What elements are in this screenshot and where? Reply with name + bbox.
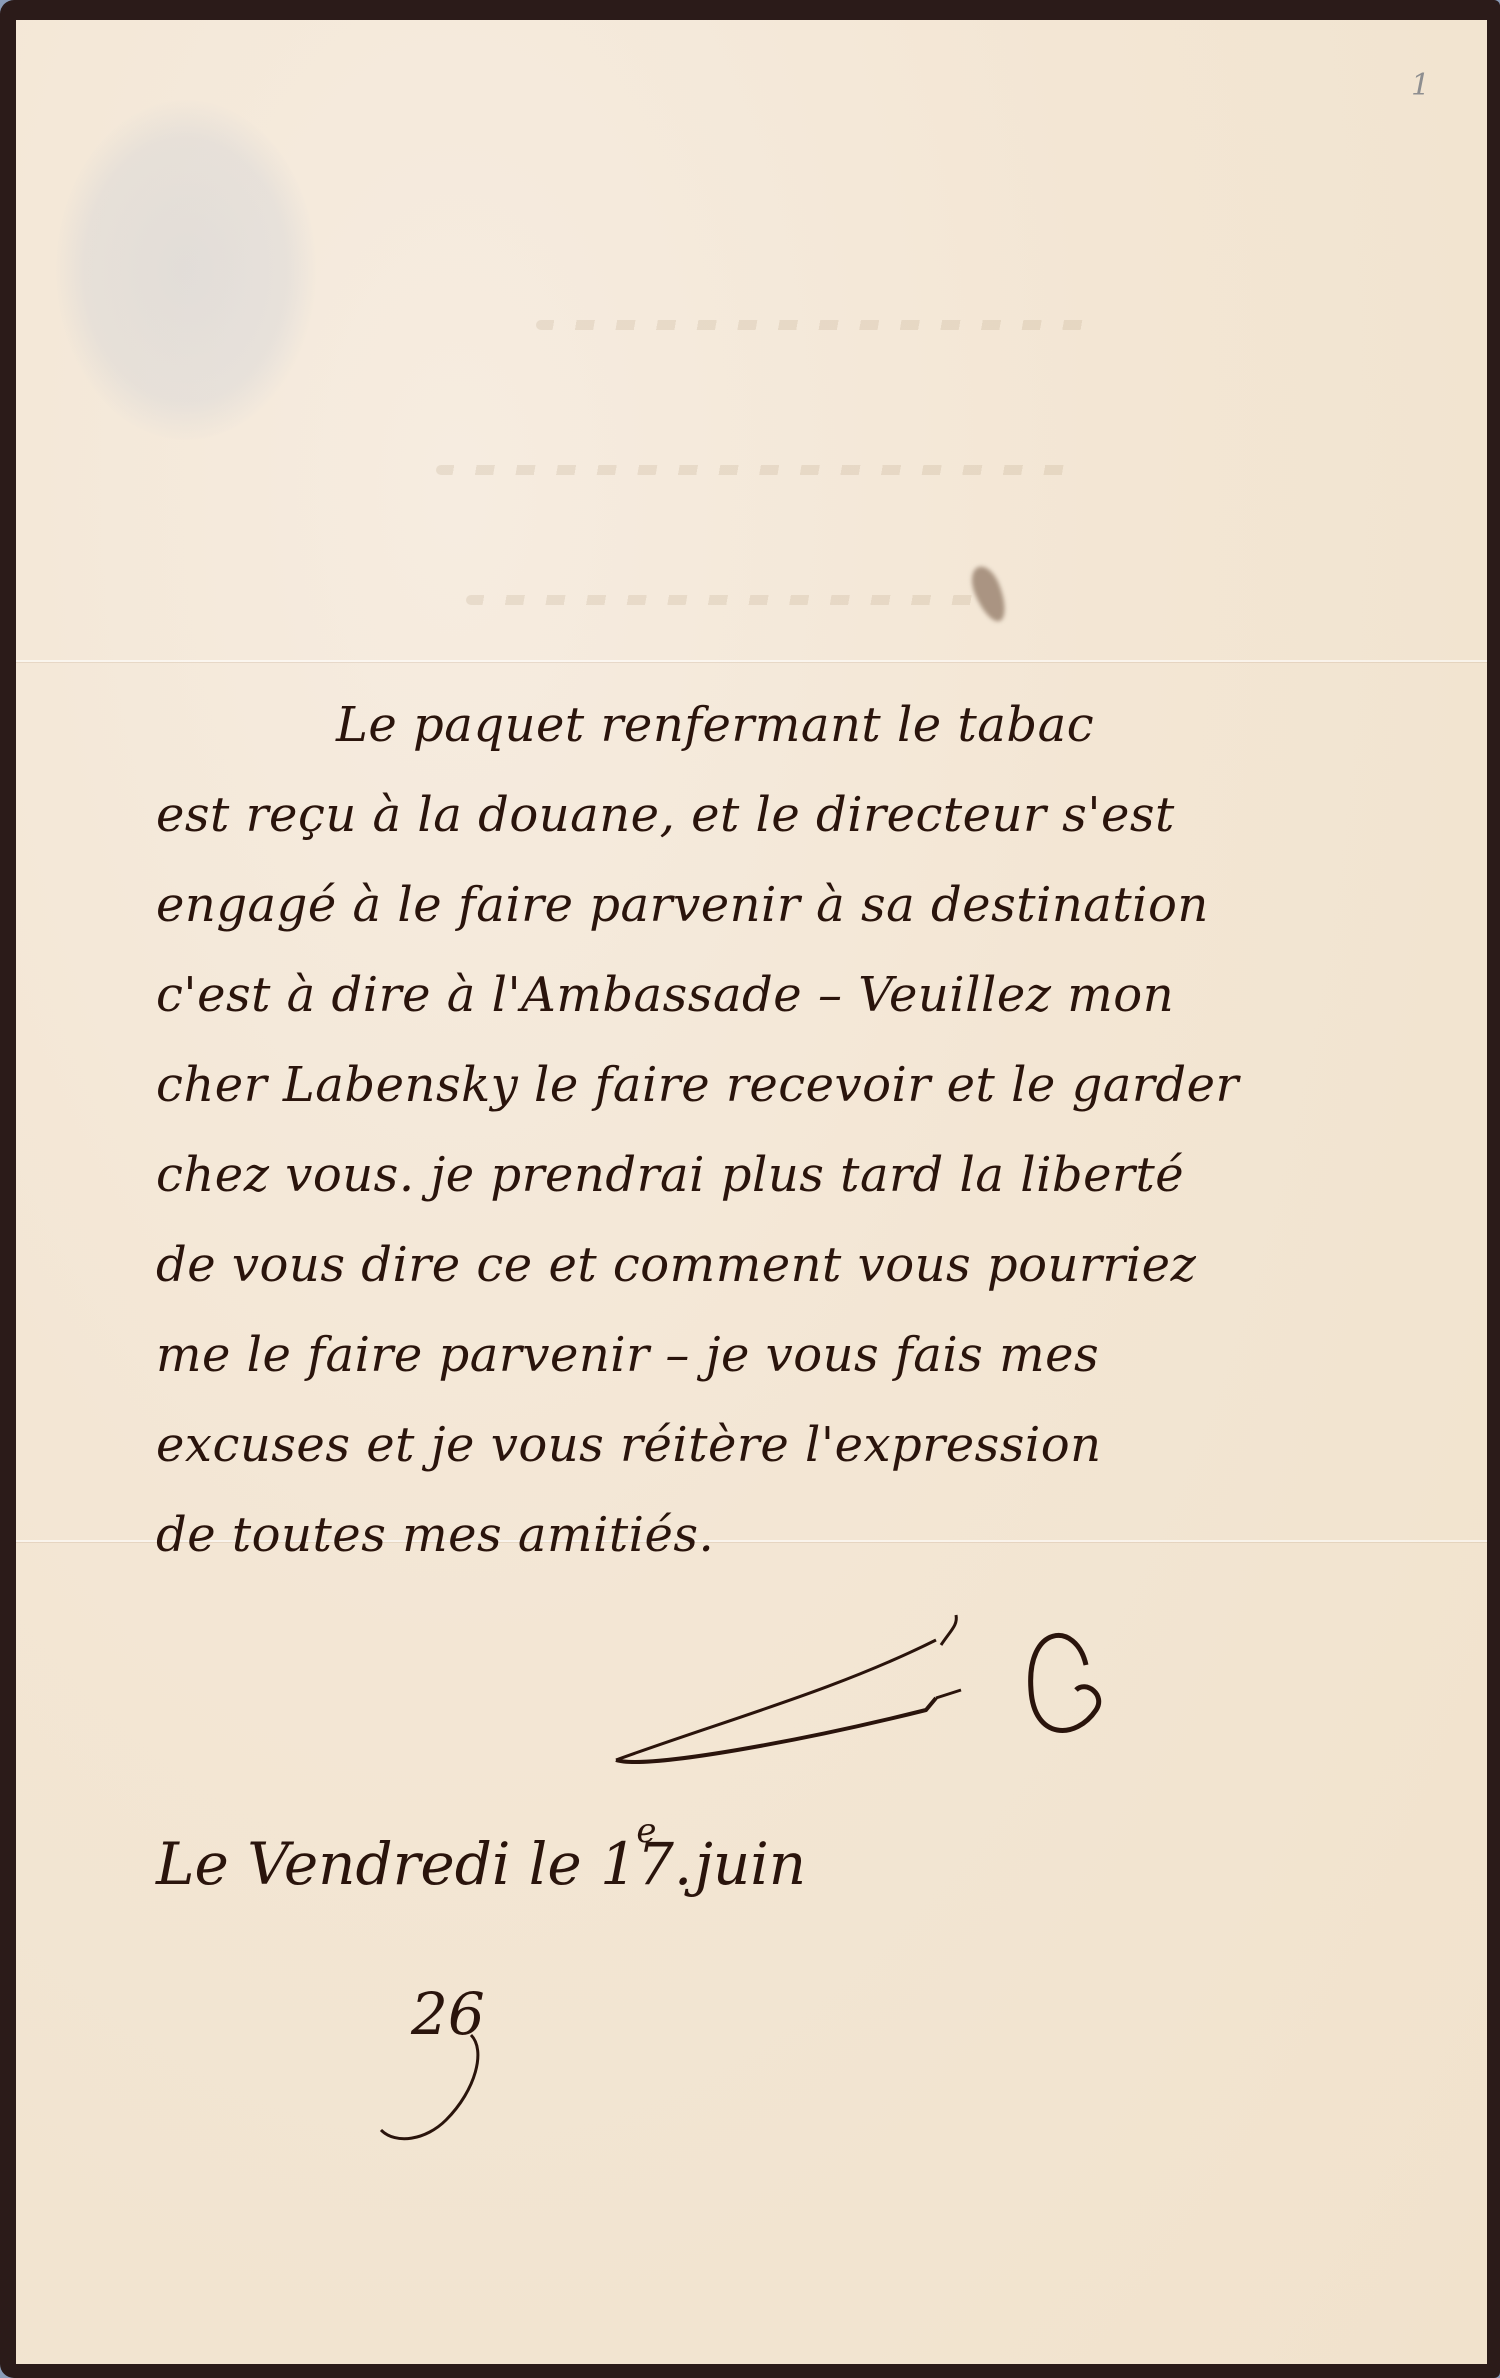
fold-line xyxy=(16,660,1487,662)
faded-stamp-impression xyxy=(56,100,316,440)
signature-flourish-icon xyxy=(606,1610,1146,1780)
letter-page: 1 Le paquet renfermant le tabac est reçu… xyxy=(16,20,1487,2364)
body-line: de toutes mes amitiés. xyxy=(156,1490,1476,1580)
body-line: me le faire parvenir – je vous fais mes xyxy=(156,1310,1476,1400)
date-line: Le Vendredi le 17.e juin xyxy=(156,1830,806,1898)
bleed-through-text xyxy=(536,320,1096,330)
body-line: engagé à le faire parvenir à sa destinat… xyxy=(156,860,1476,950)
ink-stain xyxy=(966,562,1012,626)
body-line: de vous dire ce et comment vous pourriez xyxy=(156,1220,1476,1310)
body-line: excuses et je vous réitère l'expression xyxy=(156,1400,1476,1490)
bleed-through-text xyxy=(466,595,986,605)
date-month: juin xyxy=(695,1830,806,1898)
date-text: Le Vendredi le 17. xyxy=(156,1830,692,1898)
body-line: c'est à dire à l'Ambassade – Veuillez mo… xyxy=(156,950,1476,1040)
body-line: cher Labensky le faire recevoir et le ga… xyxy=(156,1040,1476,1130)
page-number: 1 xyxy=(1411,68,1430,103)
body-line: chez vous. je prendrai plus tard la libe… xyxy=(156,1130,1476,1220)
year-flourish-icon xyxy=(376,2030,496,2160)
body-line: Le paquet renfermant le tabac xyxy=(156,680,1476,770)
body-line: est reçu à la douane, et le directeur s'… xyxy=(156,770,1476,860)
signature xyxy=(606,1610,1146,1780)
bleed-through-text xyxy=(436,465,1076,475)
letter-body: Le paquet renfermant le tabac est reçu à… xyxy=(156,680,1476,1580)
date-superscript: e xyxy=(636,1811,656,1851)
